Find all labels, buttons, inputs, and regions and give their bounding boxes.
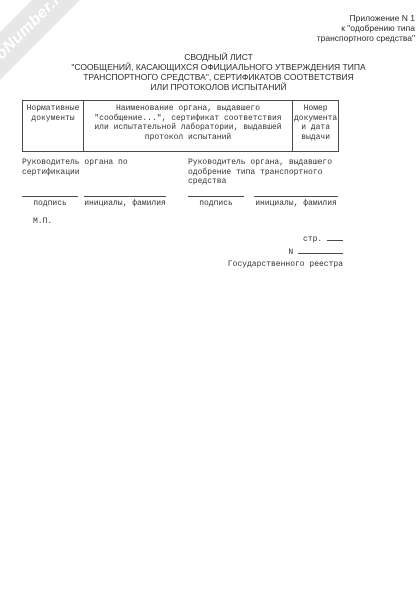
- registry-block: стр. N Государственного реестра: [180, 233, 343, 271]
- table-header-row: Нормативные документы Наименование орган…: [23, 101, 339, 152]
- signature-caption: инициалы, фамилия: [254, 199, 338, 208]
- signature-rule: [254, 196, 338, 197]
- appendix-line-3: транспортного средства": [317, 33, 415, 43]
- signature-caption: подпись: [22, 199, 78, 208]
- document-title: СВОДНЫЙ ЛИСТ "СООБЩЕНИЙ, КАСАЮЩИХСЯ ОФИЦ…: [22, 52, 415, 92]
- registry-page-line: стр.: [180, 233, 343, 246]
- column-header-normative-documents: Нормативные документы: [23, 101, 84, 152]
- appendix-line-1: Приложение N 1: [317, 13, 415, 23]
- page-label: стр.: [303, 235, 322, 244]
- signature-line-left-name: инициалы, фамилия: [84, 196, 166, 208]
- document-page: NoNumber.ru Приложение N 1 к "одобрению …: [0, 0, 420, 600]
- signature-rule: [22, 196, 78, 197]
- documents-table: Нормативные документы Наименование орган…: [22, 100, 339, 152]
- column-header-issuing-body: Наименование органа, выдавшего "сообщени…: [84, 101, 293, 152]
- registry-number-blank: [298, 246, 343, 254]
- signature-line-right-signature: подпись: [188, 196, 244, 208]
- registry-label: Государственного реестра: [180, 259, 343, 271]
- registry-number-label: N: [288, 248, 293, 257]
- stamp-placeholder: М.П.: [33, 217, 52, 226]
- signature-rule: [84, 196, 166, 197]
- signature-caption: инициалы, фамилия: [84, 199, 166, 208]
- appendix-line-2: к "одобрению типа: [317, 23, 415, 33]
- signature-rule: [188, 196, 244, 197]
- signature-title-certification-head: Руководитель органа по сертификации: [22, 158, 187, 177]
- title-line-2: "СООБЩЕНИЙ, КАСАЮЩИХСЯ ОФИЦИАЛЬНОГО УТВЕ…: [22, 62, 415, 72]
- registry-number-line: N: [180, 246, 343, 259]
- signature-title-approval-head: Руководитель органа, выдавшего одобрение…: [188, 158, 348, 187]
- title-line-1: СВОДНЫЙ ЛИСТ: [22, 52, 415, 62]
- appendix-note: Приложение N 1 к "одобрению типа транспо…: [317, 13, 415, 43]
- title-line-4: ИЛИ ПРОТОКОЛОВ ИСПЫТАНИЙ: [22, 82, 415, 92]
- column-header-document-number: Номер документа и дата выдачи: [293, 101, 339, 152]
- signature-caption: подпись: [188, 199, 244, 208]
- signature-line-right-name: инициалы, фамилия: [254, 196, 338, 208]
- page-number-blank: [327, 233, 343, 241]
- signature-line-left-signature: подпись: [22, 196, 78, 208]
- title-line-3: ТРАНСПОРТНОГО СРЕДСТВА", СЕРТИФИКАТОВ СО…: [22, 72, 415, 82]
